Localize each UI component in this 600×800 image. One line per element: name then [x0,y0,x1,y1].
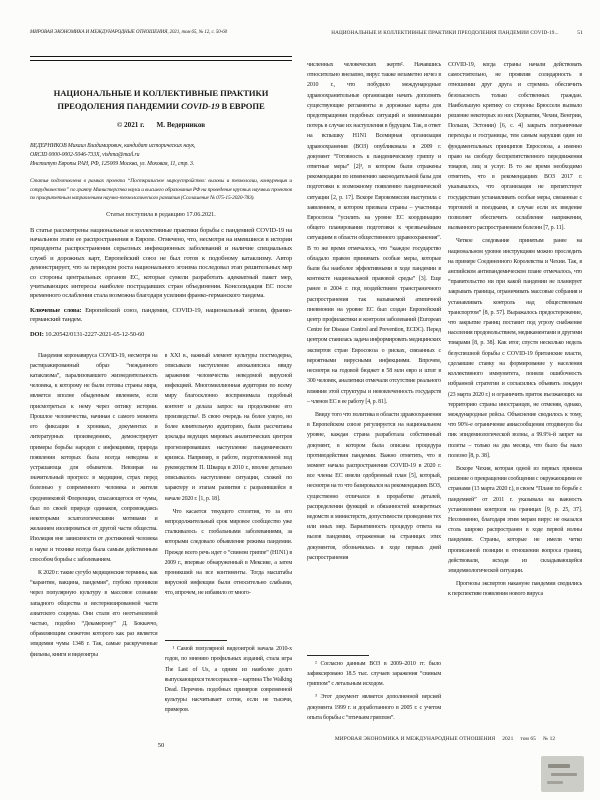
right-page: НАЦИОНАЛЬНЫЕ И КОЛЛЕКТИВНЫЕ ПРАКТИКИ ПРЕ… [307,30,583,36]
footnote-block: ¹ Самой популярной видеоигрой начала 201… [165,640,293,715]
footnote-2: ² Согласно данным ВОЗ в 2009–2010 гг. бы… [307,659,441,690]
author-affiliation-line: Институт Европы РАН, РФ, 125009 Москва, … [30,160,292,169]
running-head-text: НАЦИОНАЛЬНЫЕ И КОЛЛЕКТИВНЫЕ ПРАКТИКИ ПРЕ… [331,30,558,36]
right-page-column-2: COVID-19, когда страны начали действоват… [448,60,582,728]
paragraph: численных человеческих жертв². Начавшись… [307,60,441,407]
title-suffix: В ЕВРОПЕ [219,101,264,111]
right-page-column-1: численных человеческих жертв². Начавшись… [307,60,441,723]
column-text: численных человеческих жертв². Начавшись… [307,60,441,649]
paragraph: Что касается текущего столетия, то за ег… [165,507,293,599]
footnote-1: ¹ Самой популярной видеоигрой начала 201… [165,644,293,715]
stamp-mark [551,773,577,776]
funding-note: Статья подготовлена в рамках проекта “По… [30,177,292,202]
paragraph: Пандемия коронавируса COVID-19, несмотря… [30,351,158,565]
footnote-block: ² Согласно данным ВОЗ в 2009–2010 гг. бы… [307,655,441,723]
footnote-rule [165,640,227,641]
journal-running-head: МИРОВАЯ ЭКОНОМИКА И МЕЖДУНАРОДНЫЕ ОТНОШЕ… [30,30,292,35]
copyright-line: © 2021 г.М. Ведерников [30,121,292,129]
left-page: МИРОВАЯ ЭКОНОМИКА И МЕЖДУНАРОДНЫЕ ОТНОШЕ… [30,30,292,718]
paragraph: Вскоре Чехия, которая одной из первых пр… [448,464,582,576]
paragraph: Четкое следование принятым ранее на наци… [448,236,582,460]
doi-line: DOI: 10.20542/0131-2227-2021-65-12-50-60 [30,331,292,338]
article-title: НАЦИОНАЛЬНЫЕ И КОЛЛЕКТИВНЫЕ ПРАКТИКИ ПРЕ… [36,87,286,112]
paragraph: Ввиду того что политика в области здраво… [307,410,441,563]
article-author: М. Ведерников [156,121,205,129]
paragraph: К 2020 г. такие сугубо медицинские терми… [30,568,158,660]
author-name-line: ВЕДЕРНИКОВ Михаил Владимирович, кандидат… [30,142,292,151]
left-page-column-2: в XXI в., важный элемент культуры постмо… [165,351,293,718]
left-page-body: Пандемия коронавируса COVID-19, несмотря… [30,351,292,718]
journal-footer: МИРОВАЯ ЭКОНОМИКА И МЕЖДУНАРОДНЫЕ ОТНОШЕ… [307,736,583,742]
paragraph: в XXI в., важный элемент культуры постмо… [165,351,293,504]
copyright-year: © 2021 г. [117,121,145,129]
keywords-label: Ключевые слова: [30,307,81,314]
footnote-3: ³ Этот документ является дополненной вер… [307,692,441,723]
doi-label: DOI: [30,331,44,338]
received-date: Статья поступила в редакцию 17.06.2021. [30,211,292,218]
doi-value: 10.20542/0131-2227-2021-65-12-50-60 [44,331,144,338]
header-double-rule [30,56,292,61]
page-number-50: 50 [30,742,292,749]
article-running-head: НАЦИОНАЛЬНЫЕ И КОЛЛЕКТИВНЫЕ ПРАКТИКИ ПРЕ… [307,30,583,36]
scan-stamp [541,756,584,792]
title-covid: COVID-19 [181,101,219,111]
right-page-body: численных человеческих жертв². Начавшись… [307,60,583,728]
paragraph: COVID-19, когда страны начали действоват… [448,60,582,233]
stamp-mark [548,764,570,768]
author-info: ВЕДЕРНИКОВ Михаил Владимирович, кандидат… [30,142,292,168]
abstract: В статье рассмотрены национальные и колл… [30,226,292,301]
page-number-51: 51 [577,30,583,36]
keywords-line: Ключевые слова: Европейский союз, пандем… [30,306,292,325]
left-page-column-1: Пандемия коронавируса COVID-19, несмотря… [30,351,158,718]
footnote-rule [307,655,369,656]
paragraph: Прогнозы экспертов накануне пандемии сво… [448,579,582,599]
stamp-mark [547,781,563,784]
author-orcid-line: ORCID 0000-0002-5046-733X, vishma@mail.r… [30,151,292,160]
